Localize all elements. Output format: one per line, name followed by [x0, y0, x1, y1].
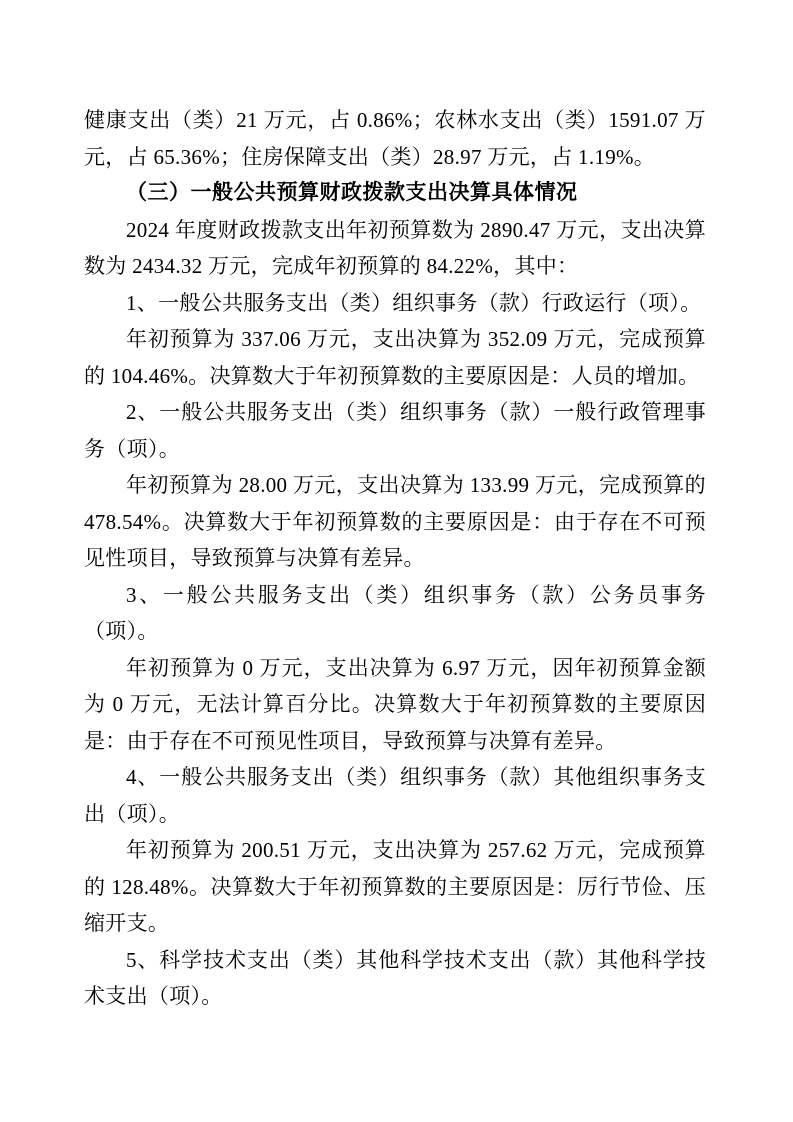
section-heading-general-budget-details: （三）一般公共预算财政拨款支出决算具体情况	[84, 175, 706, 212]
paragraph-item-1-title: 1、一般公共服务支出（类）组织事务（款）行政运行（项）。	[84, 285, 706, 322]
paragraph-item-3-detail: 年初预算为 0 万元，支出决算为 6.97 万元，因年初预算金额为 0 万元，无…	[84, 650, 706, 760]
paragraph-item-5-title: 5、科学技术支出（类）其他科学技术支出（款）其他科学技术支出（项）。	[84, 942, 706, 1015]
paragraph-continued-expenditure-breakdown: 健康支出（类）21 万元，占 0.86%；农林水支出（类）1591.07 万元，…	[84, 102, 706, 175]
paragraph-item-4-title: 4、一般公共服务支出（类）组织事务（款）其他组织事务支出（项）。	[84, 759, 706, 832]
paragraph-item-2-detail: 年初预算为 28.00 万元，支出决算为 133.99 万元，完成预算的 478…	[84, 467, 706, 577]
document-content: 健康支出（类）21 万元，占 0.86%；农林水支出（类）1591.07 万元，…	[84, 102, 706, 1015]
paragraph-item-3-title: 3、一般公共服务支出（类）组织事务（款）公务员事务（项）。	[84, 577, 706, 650]
paragraph-item-1-detail: 年初预算为 337.06 万元，支出决算为 352.09 万元，完成预算的 10…	[84, 321, 706, 394]
paragraph-annual-budget-summary: 2024 年度财政拨款支出年初预算数为 2890.47 万元，支出决算数为 24…	[84, 212, 706, 285]
paragraph-item-4-detail: 年初预算为 200.51 万元，支出决算为 257.62 万元，完成预算的 12…	[84, 832, 706, 942]
document-page: 健康支出（类）21 万元，占 0.86%；农林水支出（类）1591.07 万元，…	[0, 0, 793, 1122]
paragraph-item-2-title: 2、一般公共服务支出（类）组织事务（款）一般行政管理事务（项）。	[84, 394, 706, 467]
